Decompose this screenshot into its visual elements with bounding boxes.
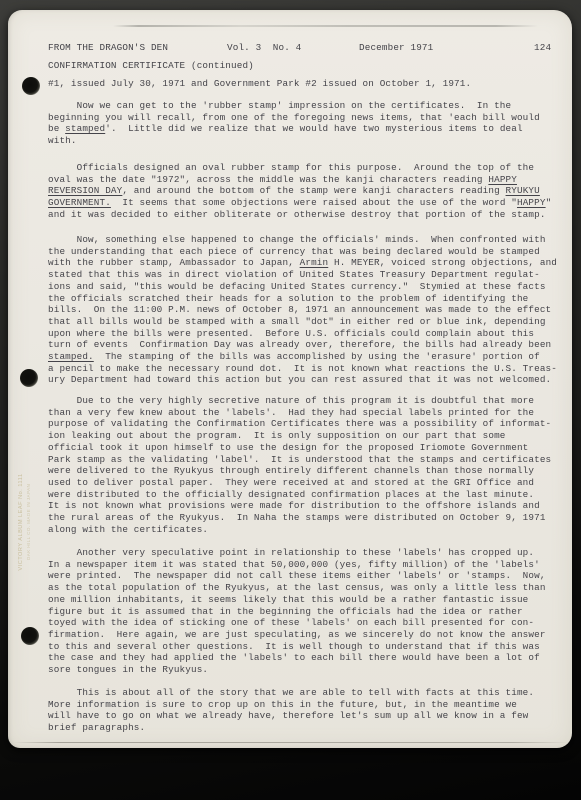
article-title: CONFIRMATION CERTIFICATE (continued) [48,60,254,72]
paragraph-secretive-labels: Due to the very highly secretive nature … [48,395,570,535]
paragraph-closing: This is about all of the story that we a… [48,687,570,734]
margin-stamp-line1: VICTORY ALBUM LEAF No. 1111 [18,438,24,606]
margin-stamp-line2: OAK HILL CO. MADE IN JAPAN [26,458,31,586]
page-number: 124 [534,42,551,54]
paragraph-rubber-stamp-intro: Now we can get to the 'rubber stamp' imp… [48,100,570,147]
punch-hole-bottom [21,627,39,645]
punch-hole-top [22,77,40,95]
volume-number: Vol. 3 No. 4 [227,42,301,54]
scan-background: VICTORY ALBUM LEAF No. 1111 OAK HILL CO.… [0,0,581,800]
paragraph-speculative-point: Another very speculative point in relati… [48,547,570,676]
continuation-line: #1, issued July 30, 1971 and Government … [48,78,471,90]
crease-line [113,25,538,27]
newsletter-title: FROM THE DRAGON'S DEN [48,42,168,54]
issue-date: December 1971 [359,42,433,54]
paragraph-officials-change-minds: Now, something else happened to change t… [48,234,570,386]
page-bottom-edge [14,742,568,743]
paragraph-oval-stamp-design: Officials designed an oval rubber stamp … [48,162,570,221]
punch-hole-middle [20,369,38,387]
album-leaf-margin-stamp: VICTORY ALBUM LEAF No. 1111 OAK HILL CO.… [8,438,34,610]
page-header: FROM THE DRAGON'S DEN Vol. 3 No. 4 Decem… [48,42,566,54]
newsletter-page: VICTORY ALBUM LEAF No. 1111 OAK HILL CO.… [8,10,572,748]
